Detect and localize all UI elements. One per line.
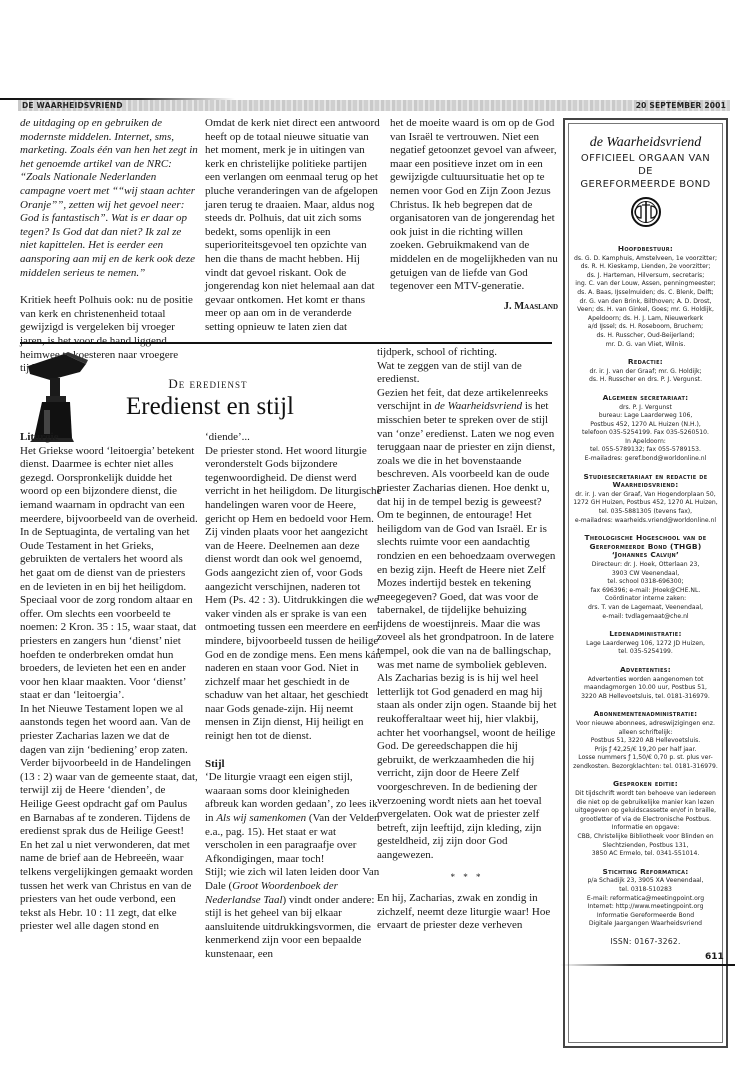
colophon-line: In Apeldoorn: — [573, 438, 718, 447]
colophon-gesproken-editie: Gesproken editie: Dit tijdschrift wordt … — [573, 780, 718, 858]
article-paragraph: In de Septuaginta, de vertaling van het … — [20, 526, 198, 703]
colophon-line: 3903 CW Veenendaal, — [573, 570, 718, 579]
colophon-heading: Redactie: — [573, 358, 718, 367]
colophon-heading: Studiesecretariaat en redactie de Waarhe… — [573, 473, 718, 490]
intro-column-2: Omdat de kerk niet direct een antwoord h… — [205, 117, 383, 335]
colophon-heading: Ledenadministratie: — [573, 630, 718, 639]
bottom-rule — [560, 964, 735, 966]
intro-paragraph: Omdat de kerk niet direct een antwoord h… — [205, 117, 383, 335]
colophon-email[interactable]: E-mailadres: geref.bond@worldonline.nl — [573, 455, 718, 464]
colophon-thgb: Theologische Hogeschool van de Gereforme… — [573, 534, 718, 621]
colophon-heading: Advertenties: — [573, 666, 718, 675]
page-number: 611 — [705, 952, 724, 962]
article-paragraph: tijdperk, school of richting. — [377, 346, 557, 360]
subheading-stijl: Stijl — [205, 758, 383, 772]
colophon-line: 1272 GH Huizen, Postbus 452, 1270 AL Hui… — [573, 499, 718, 508]
colophon-line: p/a Schadijk 23, 3905 XA Veenendaal, — [573, 877, 718, 886]
colophon-line: Voor nieuwe abonnees, adreswijzigingen e… — [573, 720, 718, 729]
colophon-line: grootletter of via de Electronische Post… — [573, 816, 718, 825]
colophon-heading: Stichting Reformatica: — [573, 868, 718, 877]
issn: ISSN: 0167-3262. — [573, 938, 718, 947]
colophon-line: drs. P. J. Vergunst — [573, 404, 718, 413]
colophon-line: tel. 055-5789132; fax 055-5789153. — [573, 446, 718, 455]
colophon-studiesecretariaat: Studiesecretariaat en redactie de Waarhe… — [573, 473, 718, 526]
colophon-line: ing. C. van der Louw, Assen, penningmees… — [573, 280, 718, 289]
colophon-heading: Theologische Hogeschool van de Gereforme… — [573, 534, 718, 560]
colophon-reformatica: Stichting Reformatica: p/a Schadijk 23, … — [573, 868, 718, 929]
book-title: Als wij samenkomen — [216, 812, 306, 824]
article-paragraph: De priester stond. Het woord liturgie ve… — [205, 445, 383, 744]
colophon-heading: Hoofdbestuur: — [573, 245, 718, 254]
section-separator: * * * — [377, 871, 557, 885]
lectern-icon — [24, 352, 92, 442]
article-paragraph: ‘De liturgie vraagt een eigen stijl, waa… — [205, 771, 383, 866]
colophon-line: telefoon 035-5254199. Fax 035-5260510. — [573, 429, 718, 438]
colophon-website-link[interactable]: Internet: http://www.meetingpoint.org — [573, 903, 718, 912]
colophon-email[interactable]: e-mail: tvdlagemaat@che.nl — [573, 613, 718, 622]
intro-column-1: de uitdaging op en gebruiken de modernst… — [20, 117, 198, 376]
colophon-line: ds. G. D. Kamphuis, Amstelveen, 1e voorz… — [573, 255, 718, 264]
colophon-line: ds. R. H. Kieskamp, Lienden, 2e voorzitt… — [573, 263, 718, 272]
colophon-line: ds. J. Harteman, Hilversum, secretaris; — [573, 272, 718, 281]
article-paragraph: Het Griekse woord ‘leitoergia’ betekent … — [20, 445, 198, 527]
section-divider — [20, 342, 552, 344]
colophon-line: Apeldoorn; ds. H. J. Lam, Nieuwerkerk — [573, 315, 718, 324]
colophon-line: Losse nummers ƒ 1,50/€ 0,70 p. st. plus … — [573, 754, 718, 763]
colophon-line: Veen; ds. H. van Ginkel, Goes; mr. G. Ho… — [573, 306, 718, 315]
gereformeerde-bond-seal-icon — [631, 197, 661, 227]
colophon-line: tel. 035-5254199. — [573, 648, 718, 657]
colophon-line: maandagmorgen 10.00 uur, Postbus 51, — [573, 684, 718, 693]
colophon-line: Coördinator interne zaken: — [573, 595, 718, 604]
colophon-inner: de Waarheidsvriend Officieel orgaan van … — [568, 123, 723, 1043]
colophon-line: a/d IJssel; ds. H. Roseboom, Bruchem; — [573, 323, 718, 332]
colophon-heading: Algemeen secretariaat: — [573, 394, 718, 403]
colophon-line: dr. ir. J. van der Graaf, Van Hogendorpl… — [573, 491, 718, 500]
colophon-email[interactable]: E-mail: reformatica@meetingpoint.org — [573, 895, 718, 904]
colophon-line: Dit tijdschrift wordt ten behoeve van ie… — [573, 790, 718, 799]
colophon-line: die niet op de gebruikelijke manier kan … — [573, 799, 718, 808]
article-paragraph: Gezien het feit, dat deze artikelenreeks… — [377, 387, 557, 509]
colophon-line: Slechtzienden, Postbus 131, — [573, 842, 718, 851]
issue-date: 20 SEPTEMBER 2001 — [636, 101, 726, 110]
colophon-line: 3850 AC Ermelo, tel. 0341-551014. — [573, 850, 718, 859]
colophon-abonnementen: Abonnementenadministratie: Voor nieuwe a… — [573, 710, 718, 771]
colophon-line: bureau: Lage Laarderweg 106, — [573, 412, 718, 421]
colophon-title: de Waarheidsvriend — [573, 134, 718, 152]
colophon-line: dr. G. van den Brink, Bilthoven; A. D. D… — [573, 298, 718, 307]
subheading-liturgie: Liturgie — [20, 431, 198, 445]
colophon-line: fax 696396; e-mail: JHoek@CHE.NL. — [573, 587, 718, 596]
publication-reference: de Waarheidsvriend — [434, 400, 522, 412]
colophon-line: drs. T. van de Lagemaat, Veenendaal, — [573, 604, 718, 613]
colophon-secretariaat: Algemeen secretariaat: drs. P. J. Vergun… — [573, 394, 718, 464]
colophon-line: CBB, Christelijke Bibliotheek voor Blind… — [573, 833, 718, 842]
article-paragraph: Stijl; wie zich wil laten leiden door Va… — [205, 866, 383, 961]
article-column-2: ‘diende’... De priester stond. Het woord… — [205, 431, 383, 962]
colophon-line: tel. 035-5881305 (tevens fax), — [573, 508, 718, 517]
intro-quote: de uitdaging op en gebruiken de modernst… — [20, 117, 198, 280]
article-column-3: tijdperk, school of richting. Wat te zeg… — [377, 346, 557, 933]
publication-name: DE WAARHEIDSVRIEND — [22, 101, 123, 110]
colophon-line: Postbus 452, 1270 AL Huizen (N.H.), — [573, 421, 718, 430]
intro-paragraph: het de moeite waard is om op de God van … — [390, 117, 558, 294]
colophon-line: Digitale Jaargangen Waarheidsvriend — [573, 920, 718, 929]
colophon-line: Prijs ƒ 42,25/€ 19,20 per half jaar. — [573, 746, 718, 755]
article-title: Eredienst en stijl — [100, 393, 320, 421]
colophon-line: ds. H. Russcher, Oud-Beijerland; — [573, 332, 718, 341]
colophon-heading: Abonnementenadministratie: — [573, 710, 718, 719]
colophon-ledenadministratie: Ledenadministratie: Lage Laarderweg 106,… — [573, 630, 718, 657]
colophon-line: dr. ir. J. van der Graaf; mr. G. Holdijk… — [573, 368, 718, 377]
colophon-subtitle-1: Officieel orgaan van de — [573, 152, 718, 178]
text-run: is het misschien beter te spreken over d… — [377, 400, 555, 507]
colophon-line: tel. school 0318-696300; — [573, 578, 718, 587]
article-paragraph: En hij, Zacharias, zwak en zondig in zic… — [377, 892, 557, 933]
colophon-subtitle-2: Gereformeerde Bond — [573, 178, 718, 191]
colophon-line: zendkosten. Bezorgklachten: tel. 0181-31… — [573, 763, 718, 772]
colophon-line: Informatie en opgave: — [573, 824, 718, 833]
colophon-line: Lage Laarderweg 106, 1272 JD Huizen, — [573, 640, 718, 649]
colophon-line: Postbus 51, 3220 AB Hellevoetsluis. — [573, 737, 718, 746]
article-paragraph: ‘diende’... — [205, 431, 383, 445]
colophon-line: uitgegeven op geluidscassette en/of in b… — [573, 807, 718, 816]
colophon-redactie: Redactie: dr. ir. J. van der Graaf; mr. … — [573, 358, 718, 385]
colophon-line: Informatie Gereformeerde Bond — [573, 912, 718, 921]
article-kicker: De eredienst — [118, 376, 298, 392]
article-paragraph: Om te beginnen, de entourage! Het heilig… — [377, 509, 557, 862]
colophon-line: tel. 0318-510283 — [573, 886, 718, 895]
article-column-1: Liturgie Het Griekse woord ‘leitoergia’ … — [20, 431, 198, 934]
colophon-box: de Waarheidsvriend Officieel orgaan van … — [563, 118, 728, 1048]
colophon-heading: Gesproken editie: — [573, 780, 718, 789]
article-paragraph: In het Nieuwe Testament lopen we al aans… — [20, 703, 198, 934]
colophon-line: Advertenties worden aangenomen tot — [573, 676, 718, 685]
running-header: DE WAARHEIDSVRIEND 20 SEPTEMBER 2001 — [18, 100, 730, 111]
colophon-advertenties: Advertenties: Advertenties worden aangen… — [573, 666, 718, 701]
colophon-hoofdbestuur: Hoofdbestuur: ds. G. D. Kamphuis, Amstel… — [573, 245, 718, 349]
author-signature: J. Maasland — [390, 300, 558, 314]
article-paragraph: Wat te zeggen van de stijl van de eredie… — [377, 360, 557, 387]
colophon-line: ds. H. Russcher en drs. P. J. Vergunst. — [573, 376, 718, 385]
colophon-line: mr. D. G. van Vliet, Wilnis. — [573, 341, 718, 350]
colophon-line: ds. A. Baas, IJsselmuiden; ds. C. Blenk,… — [573, 289, 718, 298]
colophon-line: Directeur: dr. J. Hoek, Otterlaan 23, — [573, 561, 718, 570]
colophon-line: 3220 AB Hellevoetsluis, tel. 0181-316979… — [573, 693, 718, 702]
colophon-line: alleen schriftelijk: — [573, 729, 718, 738]
intro-column-3: het de moeite waard is om op de God van … — [390, 117, 558, 313]
colophon-email[interactable]: e-mailadres: waarheids.vriend@worldonlin… — [573, 517, 718, 526]
